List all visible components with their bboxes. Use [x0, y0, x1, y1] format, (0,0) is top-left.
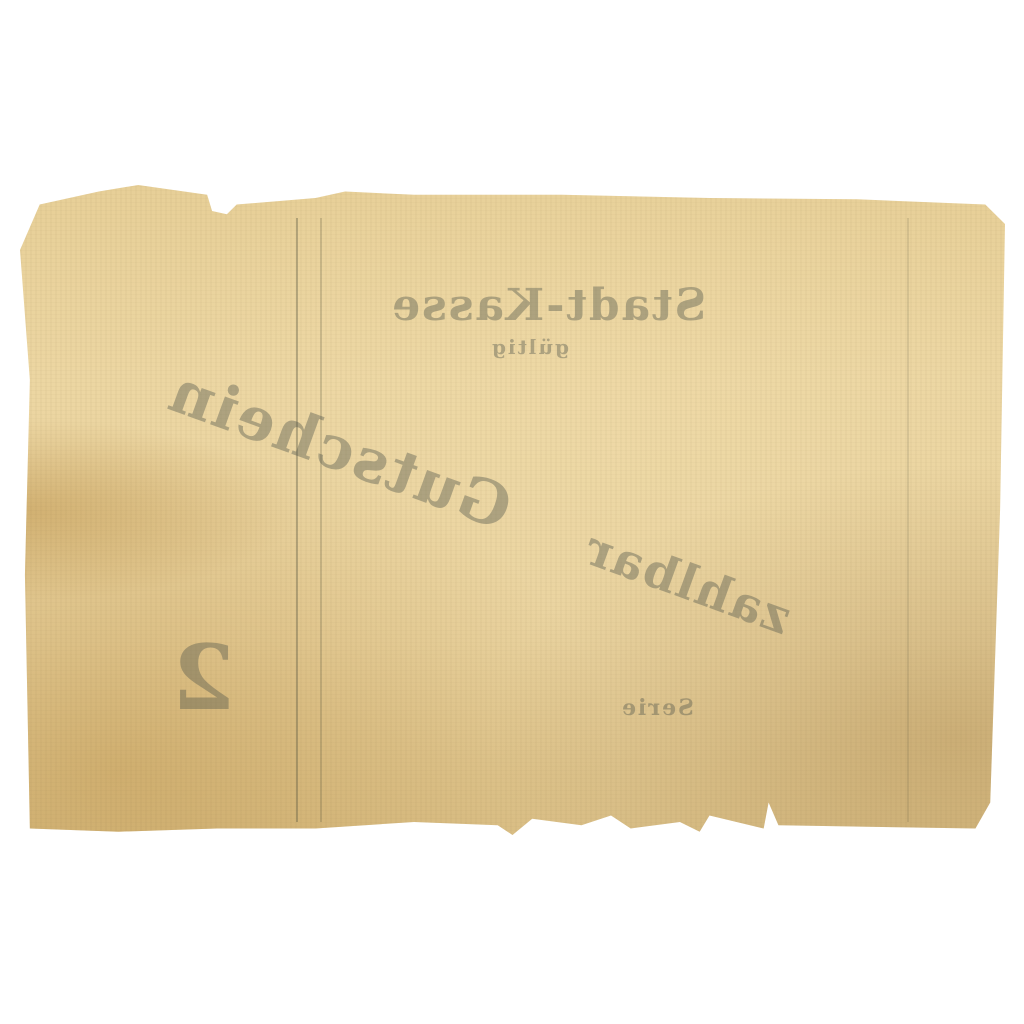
faint-footer-text: Serie	[620, 695, 694, 721]
faint-numeral: 2	[170, 625, 235, 731]
vertical-crease	[320, 218, 322, 823]
vertical-crease	[907, 218, 909, 823]
faint-subheader-text: gültig	[490, 335, 569, 359]
faint-header-text: Stadt-Kasse	[390, 280, 706, 331]
vertical-crease	[296, 218, 298, 823]
paper-scrap: Stadt-Kasse gültig Gutschein zahlbar 2 S…	[20, 185, 1005, 835]
